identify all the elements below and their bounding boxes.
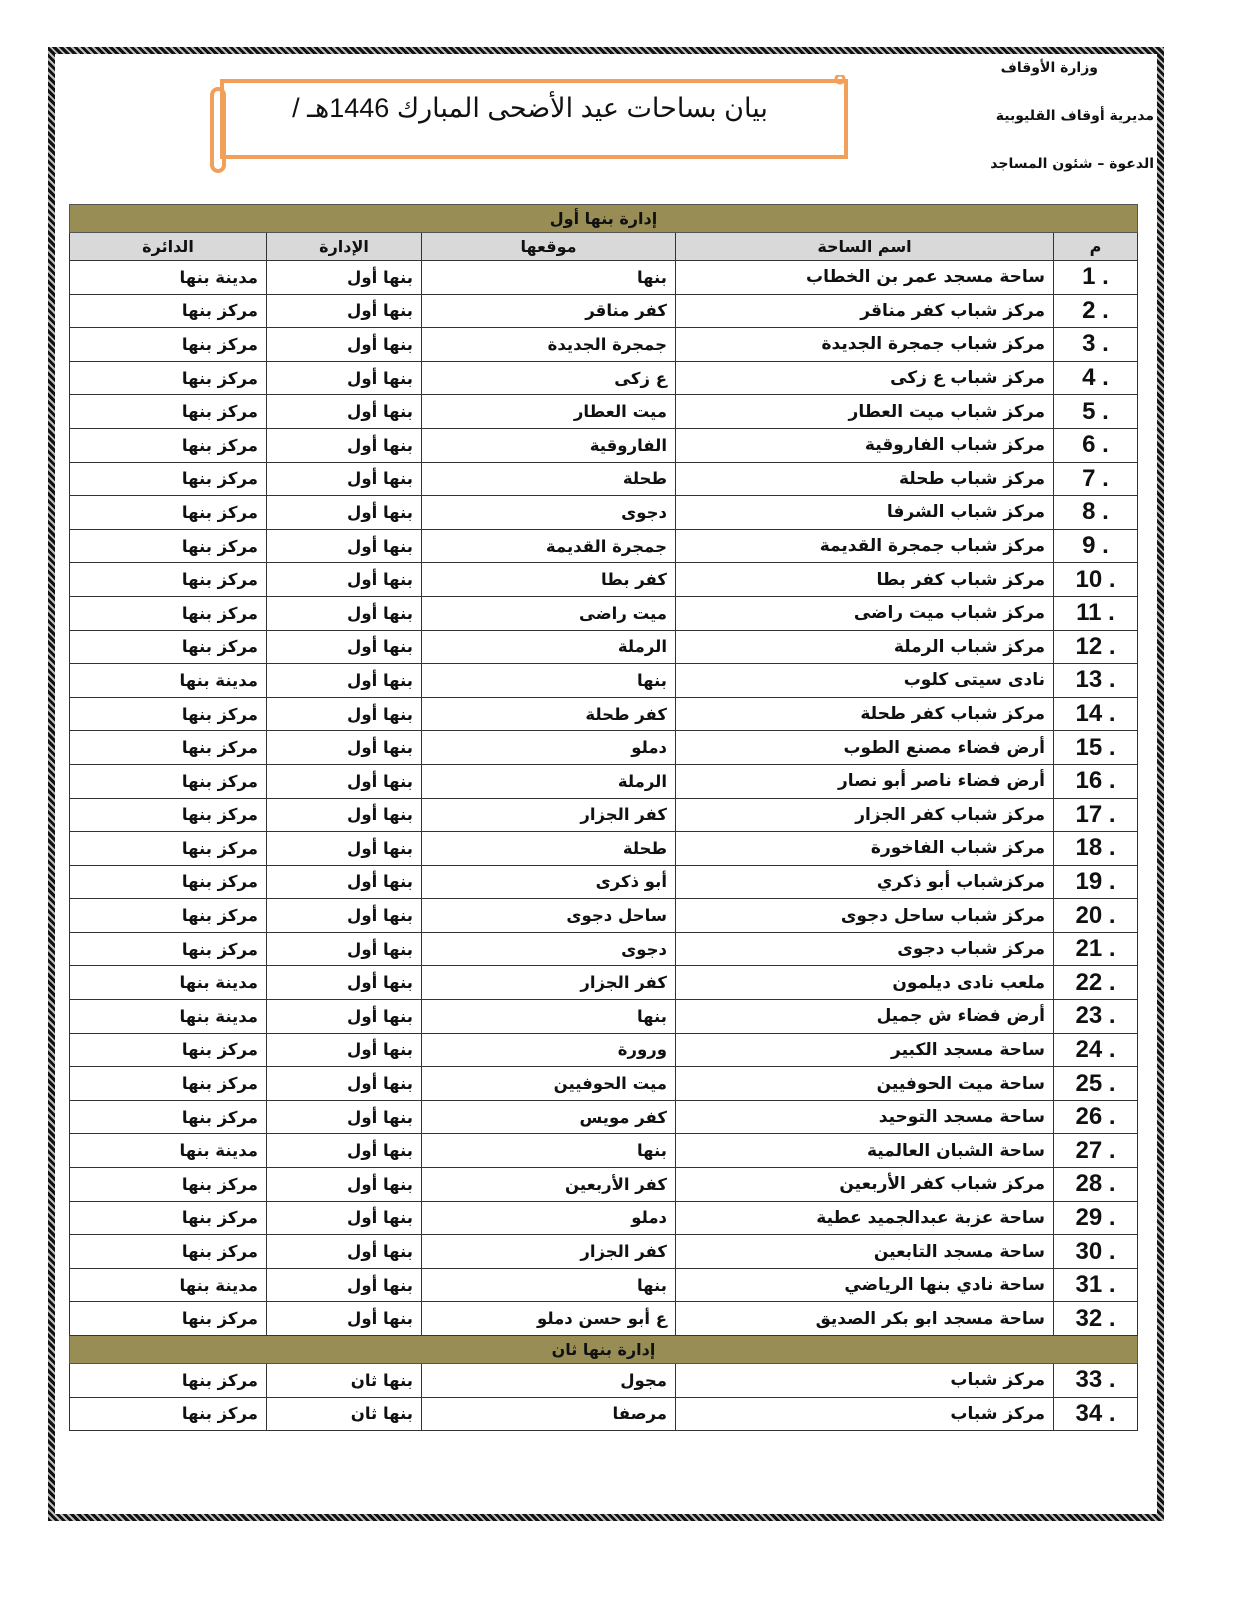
section-title: إدارة بنها ثان [69,1336,1137,1364]
document-title: بيان بساحات عيد الأضحى المبارك 1446هـ / [250,93,810,124]
ground-administration: بنها أول [267,1000,422,1034]
table-row: 10 .مركز شباب كفر بطاكفر بطابنها أولمركز… [69,563,1137,597]
ground-location: ميت العطار [422,395,676,429]
ground-location: الفاروقية [422,428,676,462]
ground-location: ع أبو حسن دملو [422,1302,676,1336]
ground-administration: بنها أول [267,1067,422,1101]
table-row: 17 .مركز شباب كفر الجزاركفر الجزاربنها أ… [69,798,1137,832]
ground-administration: بنها أول [267,865,422,899]
ground-district: مركز بنها [69,865,266,899]
ground-location: أبو ذكرى [422,865,676,899]
table-row: 9 .مركز شباب جمجرة القديمةجمجرة القديمةب… [69,529,1137,563]
ground-location: دجوى [422,932,676,966]
ground-location: الرملة [422,764,676,798]
ground-district: مركز بنها [69,563,266,597]
ground-name: نادى سيتى كلوب [676,664,1054,698]
row-number: 15 . [1054,731,1138,765]
ground-location: بنها [422,1268,676,1302]
ground-name: ملعب نادى ديلمون [676,966,1054,1000]
table-row: 33 .مركز شبابمجولبنها ثانمركز بنها [69,1364,1137,1398]
row-number: 28 . [1054,1168,1138,1202]
ground-name: مركز شباب جمجرة الجديدة [676,328,1054,362]
ground-administration: بنها أول [267,1033,422,1067]
row-number: 30 . [1054,1235,1138,1269]
ground-name: مركز شباب [676,1364,1054,1398]
ground-administration: بنها أول [267,1235,422,1269]
ground-location: الرملة [422,630,676,664]
ground-name: مركز شباب ساحل دجوى [676,899,1054,933]
ground-district: مركز بنها [69,1067,266,1101]
table-row: 15 .أرض فضاء مصنع الطوبدملوبنها أولمركز … [69,731,1137,765]
table-row: 5 .مركز شباب ميت العطارميت العطاربنها أو… [69,395,1137,429]
ground-location: دملو [422,1201,676,1235]
ground-district: مركز بنها [69,697,266,731]
ground-district: مركز بنها [69,1033,266,1067]
ground-name: مركز شباب الفاروقية [676,428,1054,462]
ground-district: مركز بنها [69,832,266,866]
column-header-number: م [1054,233,1138,261]
ground-location: كفر الجزار [422,798,676,832]
ground-location: كفر بطا [422,563,676,597]
row-number: 16 . [1054,764,1138,798]
ground-administration: بنها أول [267,328,422,362]
ground-administration: بنها ثان [267,1397,422,1431]
ground-administration: بنها أول [267,1302,422,1336]
ground-district: مدينة بنها [69,664,266,698]
column-header-name: اسم الساحة [676,233,1054,261]
ground-name: مركز شباب الفاخورة [676,832,1054,866]
ground-name: مركز شباب [676,1397,1054,1431]
table-row: 28 .مركز شباب كفر الأربعينكفر الأربعينبن… [69,1168,1137,1202]
ground-administration: بنها أول [267,563,422,597]
row-number: 3 . [1054,328,1138,362]
ground-administration: بنها أول [267,1100,422,1134]
ground-administration: بنها ثان [267,1364,422,1398]
ground-name: أرض فضاء ش جميل [676,1000,1054,1034]
row-number: 11 . [1054,596,1138,630]
row-number: 31 . [1054,1268,1138,1302]
directorate-name: مديرية أوقاف القليوبية [996,108,1154,124]
table-row: 16 .أرض فضاء ناصر أبو نصارالرملةبنها أول… [69,764,1137,798]
ground-location: مرصفا [422,1397,676,1431]
table-row: 27 .ساحة الشبان العالميةبنهابنها أولمدين… [69,1134,1137,1168]
ground-name: أرض فضاء ناصر أبو نصار [676,764,1054,798]
row-number: 5 . [1054,395,1138,429]
ground-district: مركز بنها [69,529,266,563]
section-header-row: إدارة بنها أول [69,205,1137,233]
ground-administration: بنها أول [267,1168,422,1202]
ground-name: مركز شباب الشرفا [676,496,1054,530]
ground-district: مركز بنها [69,496,266,530]
ground-district: مركز بنها [69,798,266,832]
row-number: 27 . [1054,1134,1138,1168]
ground-administration: بنها أول [267,832,422,866]
row-number: 10 . [1054,563,1138,597]
ministry-name: وزارة الأوقاف [1001,60,1098,76]
ground-administration: بنها أول [267,496,422,530]
ground-district: مدينة بنها [69,966,266,1000]
row-number: 17 . [1054,798,1138,832]
row-number: 13 . [1054,664,1138,698]
row-number: 29 . [1054,1201,1138,1235]
ground-district: مركز بنها [69,328,266,362]
ground-district: مركز بنها [69,1397,266,1431]
ground-district: مركز بنها [69,1201,266,1235]
ground-administration: بنها أول [267,697,422,731]
ground-administration: بنها أول [267,966,422,1000]
ground-district: مركز بنها [69,630,266,664]
ground-district: مركز بنها [69,932,266,966]
ground-administration: بنها أول [267,630,422,664]
ground-administration: بنها أول [267,596,422,630]
department-name: الدعوة – شئون المساجد [990,156,1154,172]
ground-name: مركز شباب ميت العطار [676,395,1054,429]
row-number: 14 . [1054,697,1138,731]
ground-location: طحلة [422,832,676,866]
ground-name: مركز شباب كفر الجزار [676,798,1054,832]
row-number: 20 . [1054,899,1138,933]
ground-name: ساحة مسجد التوحيد [676,1100,1054,1134]
row-number: 25 . [1054,1067,1138,1101]
ground-district: مركز بنها [69,395,266,429]
ground-location: كفر الأربعين [422,1168,676,1202]
ground-district: مركز بنها [69,428,266,462]
ground-name: ساحة مسجد التابعين [676,1235,1054,1269]
table-row: 24 .ساحة مسجد الكبيرورورةبنها أولمركز بن… [69,1033,1137,1067]
row-number: 2 . [1054,294,1138,328]
ground-district: مركز بنها [69,1100,266,1134]
table-row: 4 .مركز شباب ع زكىع زكىبنها أولمركز بنها [69,361,1137,395]
ground-district: مركز بنها [69,899,266,933]
ground-name: مركز شباب كفر بطا [676,563,1054,597]
row-number: 21 . [1054,932,1138,966]
ground-name: مركز شباب طحلة [676,462,1054,496]
table-row: 18 .مركز شباب الفاخورةطحلةبنها أولمركز ب… [69,832,1137,866]
row-number: 4 . [1054,361,1138,395]
row-number: 33 . [1054,1364,1138,1398]
ground-administration: بنها أول [267,932,422,966]
row-number: 18 . [1054,832,1138,866]
row-number: 8 . [1054,496,1138,530]
ground-district: مركز بنها [69,1302,266,1336]
row-number: 32 . [1054,1302,1138,1336]
ground-district: مركز بنها [69,361,266,395]
table-row: 13 .نادى سيتى كلوببنهابنها أولمدينة بنها [69,664,1137,698]
ground-location: ع زكى [422,361,676,395]
eid-prayer-grounds-table: إدارة بنها أولماسم الساحةموقعهاالإدارةال… [70,204,1138,1431]
ground-administration: بنها أول [267,798,422,832]
ground-administration: بنها أول [267,1134,422,1168]
ground-district: مدينة بنها [69,1268,266,1302]
ground-name: مركزشباب أبو ذكري [676,865,1054,899]
ground-name: مركز شباب كفر طحلة [676,697,1054,731]
ground-administration: بنها أول [267,1268,422,1302]
row-number: 22 . [1054,966,1138,1000]
table-row: 30 .ساحة مسجد التابعينكفر الجزاربنها أول… [69,1235,1137,1269]
ground-administration: بنها أول [267,428,422,462]
row-number: 24 . [1054,1033,1138,1067]
column-header-row: ماسم الساحةموقعهاالإدارةالدائرة [69,233,1137,261]
ground-administration: بنها أول [267,529,422,563]
ground-district: مركز بنها [69,1364,266,1398]
ground-administration: بنها أول [267,294,422,328]
ground-location: طحلة [422,462,676,496]
row-number: 12 . [1054,630,1138,664]
row-number: 23 . [1054,1000,1138,1034]
table-row: 1 .ساحة مسجد عمر بن الخطاببنهابنها أولمد… [69,261,1137,295]
ground-name: مركز شباب ميت راضى [676,596,1054,630]
table-row: 21 .مركز شباب دجوىدجوىبنها أولمركز بنها [69,932,1137,966]
table-row: 8 .مركز شباب الشرفادجوىبنها أولمركز بنها [69,496,1137,530]
ground-district: مركز بنها [69,1235,266,1269]
section-title: إدارة بنها أول [69,205,1137,233]
ground-name: ساحة ميت الحوفيين [676,1067,1054,1101]
table-row: 26 .ساحة مسجد التوحيدكفر مويسبنها أولمرك… [69,1100,1137,1134]
ground-district: مركز بنها [69,596,266,630]
ground-district: مركز بنها [69,1168,266,1202]
row-number: 26 . [1054,1100,1138,1134]
ground-administration: بنها أول [267,462,422,496]
row-number: 9 . [1054,529,1138,563]
ground-name: ساحة نادي بنها الرياضي [676,1268,1054,1302]
table-row: 29 .ساحة عزبة عبدالجميد عطيةدملوبنها أول… [69,1201,1137,1235]
table-row: 22 .ملعب نادى ديلمونكفر الجزاربنها أولمد… [69,966,1137,1000]
ground-administration: بنها أول [267,731,422,765]
ground-name: ساحة عزبة عبدالجميد عطية [676,1201,1054,1235]
ground-administration: بنها أول [267,361,422,395]
ground-location: دملو [422,731,676,765]
table-row: 14 .مركز شباب كفر طحلةكفر طحلةبنها أولمر… [69,697,1137,731]
ground-name: مركز شباب كفر الأربعين [676,1168,1054,1202]
ground-district: مركز بنها [69,764,266,798]
table-row: 19 .مركزشباب أبو ذكريأبو ذكرىبنها أولمرك… [69,865,1137,899]
ground-administration: بنها أول [267,1201,422,1235]
ground-name: ساحة مسجد الكبير [676,1033,1054,1067]
ground-name: ساحة الشبان العالمية [676,1134,1054,1168]
table-row: 7 .مركز شباب طحلةطحلةبنها أولمركز بنها [69,462,1137,496]
ground-district: مدينة بنها [69,1134,266,1168]
ground-location: كفر مويس [422,1100,676,1134]
ground-district: مركز بنها [69,294,266,328]
ground-name: مركز شباب دجوى [676,932,1054,966]
row-number: 19 . [1054,865,1138,899]
ground-location: بنها [422,1134,676,1168]
ground-district: مركز بنها [69,462,266,496]
table-row: 3 .مركز شباب جمجرة الجديدةجمجرة الجديدةب… [69,328,1137,362]
section-header-row: إدارة بنها ثان [69,1336,1137,1364]
table-row: 20 .مركز شباب ساحل دجوىساحل دجوىبنها أول… [69,899,1137,933]
table-row: 31 .ساحة نادي بنها الرياضيبنهابنها أولمد… [69,1268,1137,1302]
ground-administration: بنها أول [267,899,422,933]
row-number: 6 . [1054,428,1138,462]
table-row: 34 .مركز شبابمرصفابنها ثانمركز بنها [69,1397,1137,1431]
ground-location: ساحل دجوى [422,899,676,933]
table-row: 23 .أرض فضاء ش جميلبنهابنها أولمدينة بنه… [69,1000,1137,1034]
title-banner: بيان بساحات عيد الأضحى المبارك 1446هـ / [210,75,850,171]
ground-location: بنها [422,664,676,698]
ground-name: ساحة مسجد عمر بن الخطاب [676,261,1054,295]
ground-location: مجول [422,1364,676,1398]
ground-name: مركز شباب الرملة [676,630,1054,664]
ground-name: ساحة مسجد ابو بكر الصديق [676,1302,1054,1336]
ground-location: كفر مناقر [422,294,676,328]
table-row: 2 .مركز شباب كفر مناقركفر مناقربنها أولم… [69,294,1137,328]
ground-administration: بنها أول [267,395,422,429]
ground-location: كفر الجزار [422,966,676,1000]
ground-administration: بنها أول [267,764,422,798]
column-header-district: الدائرة [69,233,266,261]
ground-name: أرض فضاء مصنع الطوب [676,731,1054,765]
ground-administration: بنها أول [267,261,422,295]
ground-location: ميت راضى [422,596,676,630]
table-row: 11 .مركز شباب ميت راضىميت راضىبنها أولمر… [69,596,1137,630]
ground-name: مركز شباب جمجرة القديمة [676,529,1054,563]
row-number: 1 . [1054,261,1138,295]
table-row: 6 .مركز شباب الفاروقيةالفاروقيةبنها أولم… [69,428,1137,462]
table-row: 12 .مركز شباب الرملةالرملةبنها أولمركز ب… [69,630,1137,664]
ground-name: مركز شباب ع زكى [676,361,1054,395]
ground-location: ميت الحوفيين [422,1067,676,1101]
column-header-administration: الإدارة [267,233,422,261]
table-row: 32 .ساحة مسجد ابو بكر الصديقع أبو حسن دم… [69,1302,1137,1336]
ground-administration: بنها أول [267,664,422,698]
ground-location: كفر طحلة [422,697,676,731]
ground-name: مركز شباب كفر مناقر [676,294,1054,328]
ground-district: مدينة بنها [69,1000,266,1034]
ground-location: جمجرة القديمة [422,529,676,563]
column-header-location: موقعها [422,233,676,261]
ground-location: جمجرة الجديدة [422,328,676,362]
row-number: 34 . [1054,1397,1138,1431]
ground-location: ورورة [422,1033,676,1067]
ground-location: كفر الجزار [422,1235,676,1269]
ground-district: مركز بنها [69,731,266,765]
ground-location: دجوى [422,496,676,530]
ground-location: بنها [422,261,676,295]
table-row: 25 .ساحة ميت الحوفيينميت الحوفيينبنها أو… [69,1067,1137,1101]
ground-location: بنها [422,1000,676,1034]
ground-district: مدينة بنها [69,261,266,295]
scroll-frame-icon [210,75,850,175]
row-number: 7 . [1054,462,1138,496]
